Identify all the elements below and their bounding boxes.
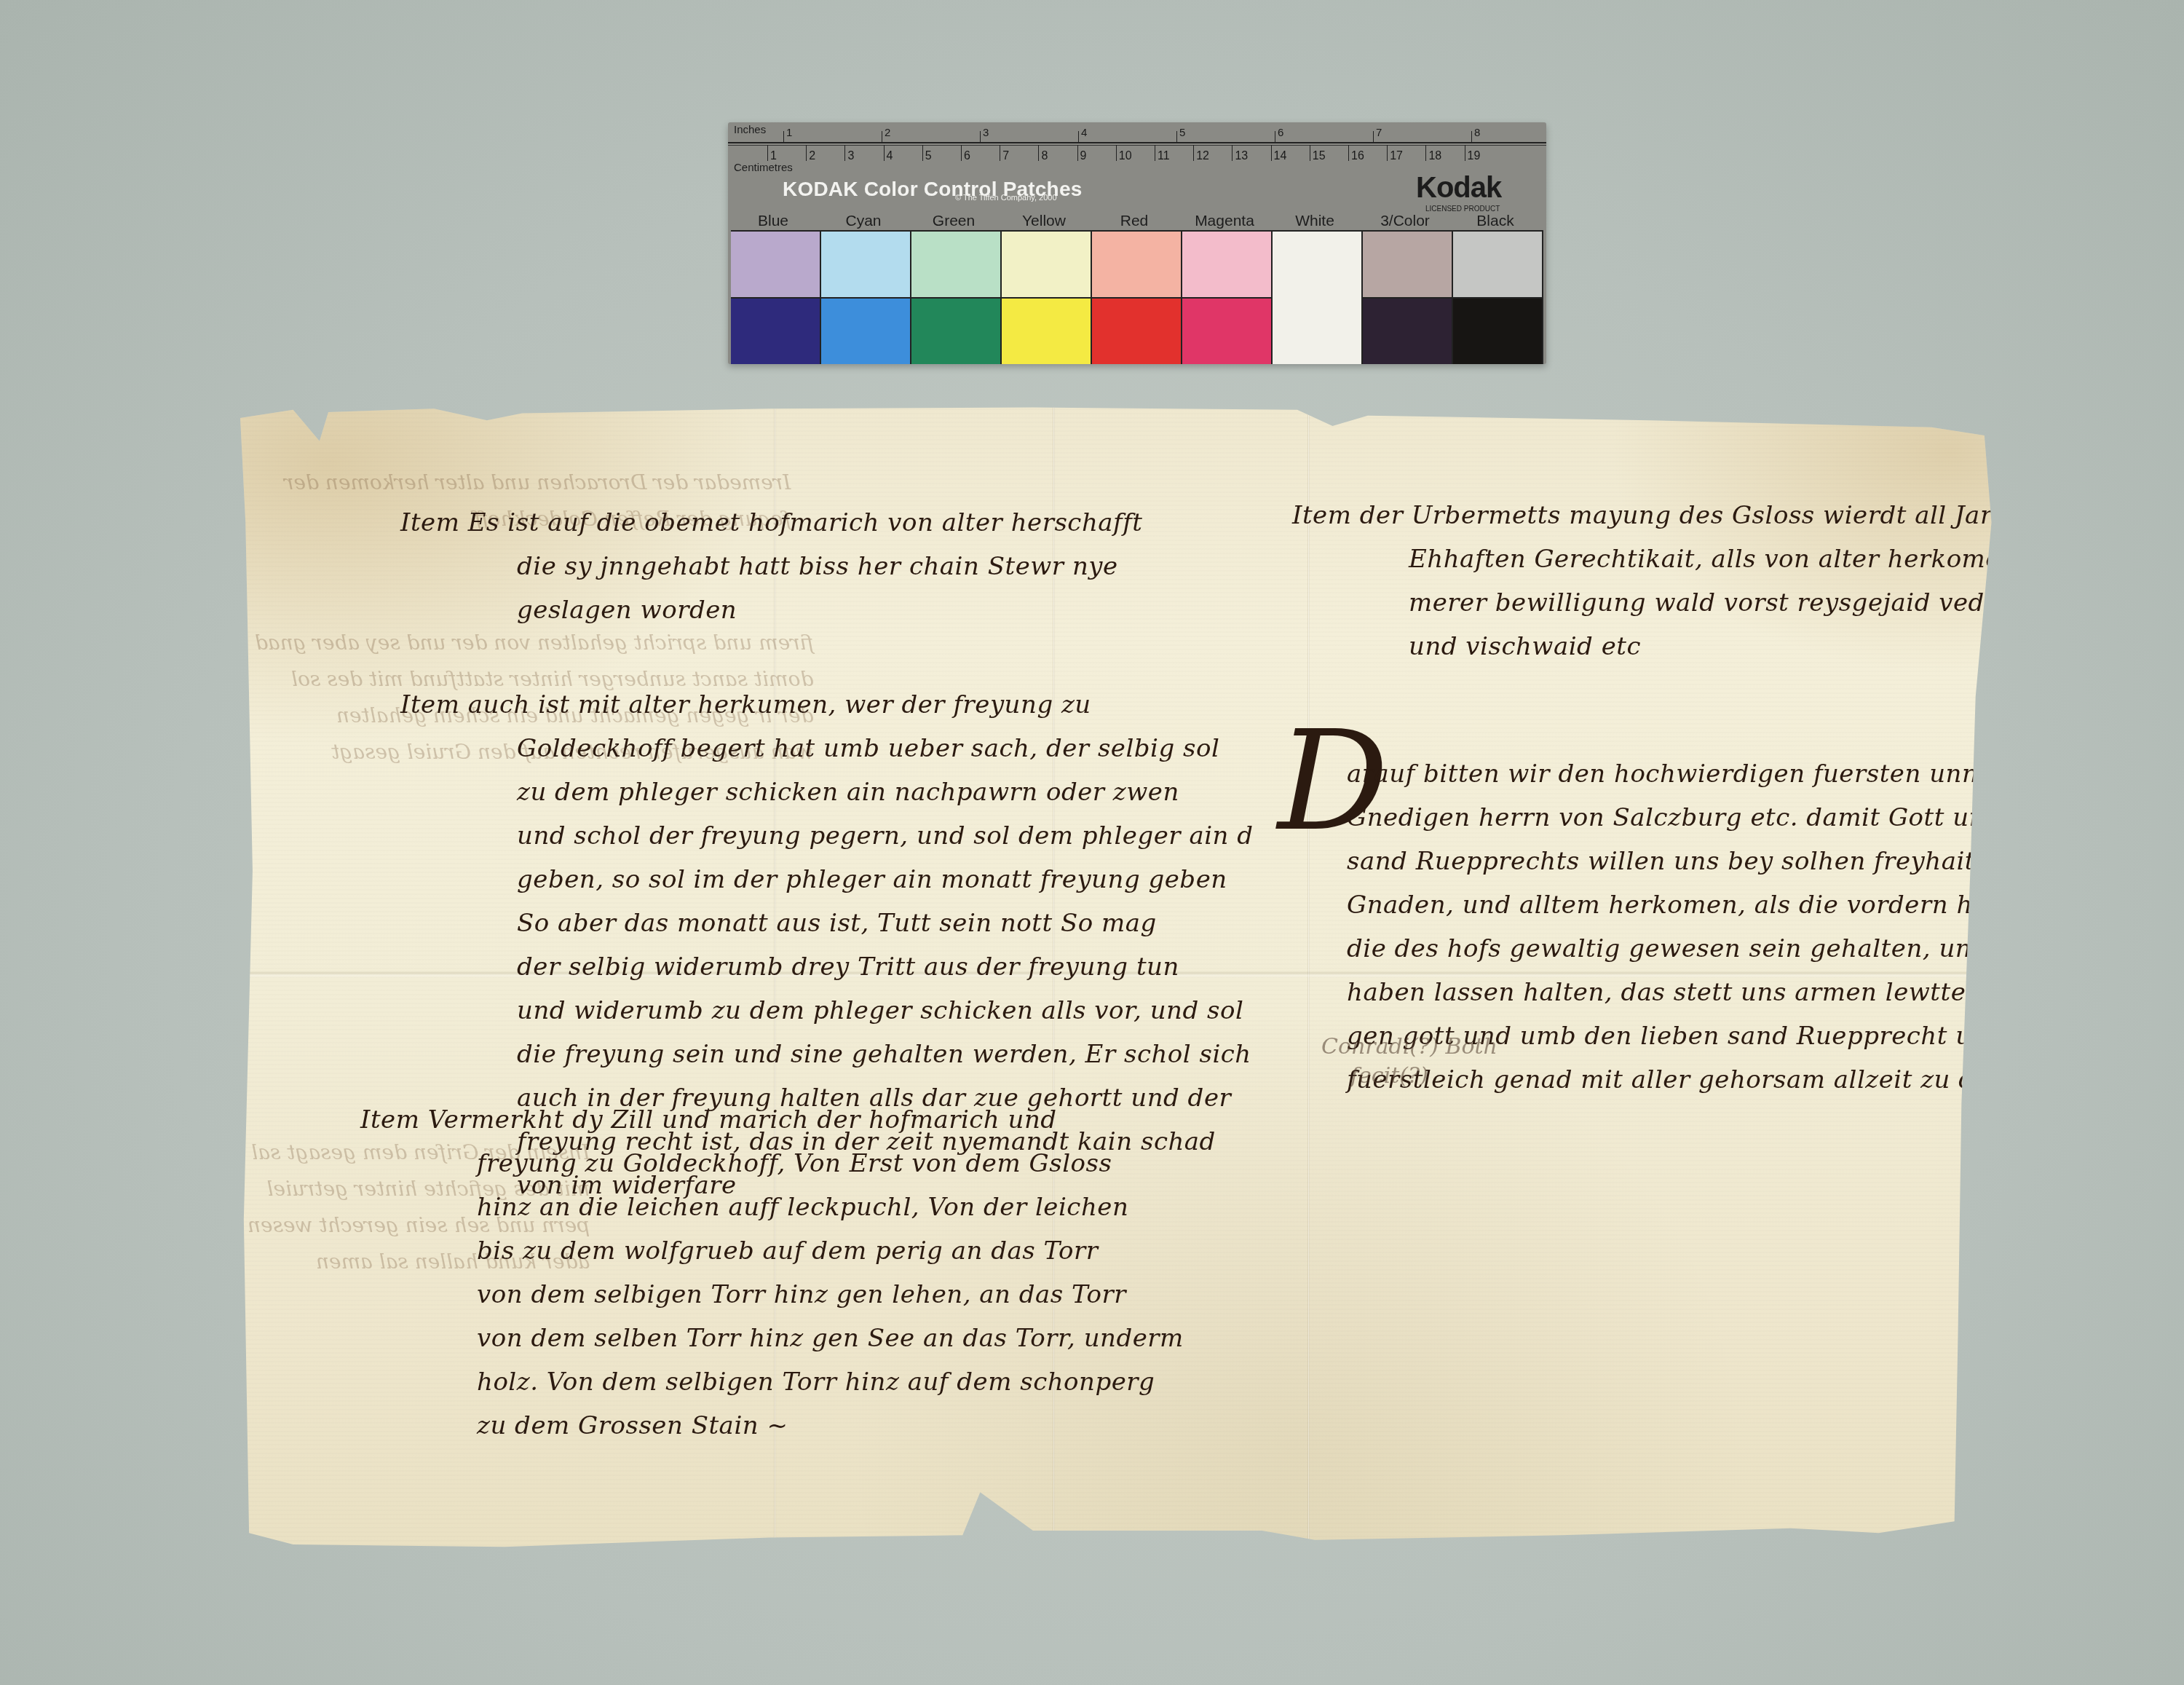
manuscript-line: von dem selben Torr hinz gen See an das … [360, 1317, 1184, 1360]
inch-tick-mark [980, 131, 981, 143]
inch-tick-mark [1275, 131, 1275, 143]
cm-tick-mark [1425, 145, 1426, 161]
cm-tick-mark [1193, 145, 1194, 161]
cm-tick-mark [1155, 145, 1155, 161]
manuscript-sheet: Iremedar der Drorachen und alter herkome… [240, 406, 2002, 1568]
patch-light-black [1453, 232, 1543, 299]
manuscript-line: von dem selbigen Torr hinz gen lehen, an… [360, 1273, 1184, 1317]
patch-light-red [1092, 232, 1182, 299]
cm-tick-label: 2 [809, 150, 815, 163]
centimetres-label: Centimetres [734, 162, 793, 174]
cm-tick-label: 11 [1158, 150, 1170, 163]
cm-tick-mark [1116, 145, 1117, 161]
cm-tick-mark [1077, 145, 1078, 161]
inch-tick-mark [1471, 131, 1472, 143]
cm-tick-label: 13 [1235, 150, 1248, 163]
cm-tick-mark [922, 145, 923, 161]
patch-dark-black [1453, 299, 1543, 364]
inches-label: Inches [734, 124, 766, 136]
paragraph-item-4: Item der Urbermetts mayung des Gsloss wi… [1292, 494, 2117, 668]
paragraph-item-1: Item Es ist auf die obemet hofmarich von… [400, 501, 1142, 632]
cm-tick-label: 5 [925, 150, 932, 163]
cm-tick-mark [1038, 145, 1039, 161]
cm-tick-label: 12 [1196, 150, 1209, 163]
signature-mark: Conradi(?) Both fecit(?) [1321, 1033, 1497, 1091]
patch-label-green: Green [909, 213, 999, 230]
patch-light-green [911, 232, 1002, 299]
inch-tick-mark [1373, 131, 1374, 143]
manuscript-line: hinz an die leichen auff leckpuchl, Von … [360, 1185, 1184, 1229]
patch-label-red: Red [1089, 213, 1179, 230]
patch-label-cyan: Cyan [818, 213, 909, 230]
cm-tick-mark [1000, 145, 1000, 161]
manuscript-line: holz. Von dem selbigen Torr hinz auf dem… [360, 1360, 1184, 1404]
patch-dark-red [1092, 299, 1182, 364]
cm-tick-mark [1465, 145, 1465, 161]
manuscript-line: Gnaden, und alltem herkomen, als die vor… [1347, 883, 2106, 927]
patch-label-black: Black [1450, 213, 1540, 230]
patch-label-white: White [1270, 213, 1360, 230]
inch-tick-mark [1078, 131, 1079, 143]
manuscript-line: zu dem phleger schicken ain nachpawrn od… [400, 770, 1254, 814]
patch-dark-green [911, 299, 1002, 364]
patch-label-3-color: 3/Color [1360, 213, 1450, 230]
inch-tick-label: 6 [1278, 127, 1283, 139]
manuscript-line: sand Ruepprechts willen uns bey solhen f… [1347, 840, 2106, 883]
patch-label-yellow: Yellow [999, 213, 1089, 230]
cm-tick-label: 16 [1351, 150, 1364, 163]
manuscript-line: haben lassen halten, das stett uns armen… [1347, 971, 2106, 1014]
cm-tick-mark [961, 145, 962, 161]
cm-tick-mark [884, 145, 885, 161]
kodak-color-target: Inches Centimetres 12345678 123456789101… [728, 122, 1546, 364]
cm-tick-label: 18 [1428, 150, 1441, 163]
patch-label-blue: Blue [728, 213, 818, 230]
color-patches [731, 230, 1543, 364]
manuscript-line: geslagen worden [400, 588, 1142, 632]
patch-dark-blue [731, 299, 821, 364]
ruler: Inches Centimetres 12345678 123456789101… [728, 122, 1546, 175]
patch-light-3-color [1363, 232, 1453, 299]
manuscript-line: freyung zu Goldeckhoff, Von Erst von dem… [360, 1142, 1184, 1185]
cm-tick-label: 8 [1041, 150, 1048, 163]
manuscript-line: Goldeckhoff begert hat umb ueber sach, d… [400, 727, 1254, 770]
manuscript-line: die sy jnngehabt hatt biss her chain Ste… [400, 545, 1142, 588]
cm-tick-mark [767, 145, 768, 161]
cm-tick-mark [1387, 145, 1388, 161]
manuscript-line: und widerumb zu dem phleger schicken all… [400, 989, 1254, 1033]
cm-tick-label: 1 [770, 150, 777, 163]
manuscript-line: geben, so sol im der phleger ain monatt … [400, 858, 1254, 901]
cm-tick-label: 17 [1390, 150, 1403, 163]
cm-tick-label: 9 [1080, 150, 1087, 163]
manuscript-line: Item Vermerkht dy Zill und marich der ho… [360, 1098, 1184, 1142]
patch-light-yellow [1002, 232, 1092, 299]
cm-tick-mark [1271, 145, 1272, 161]
inch-tick-mark [882, 131, 882, 143]
patch-white [1273, 232, 1363, 364]
inch-tick-label: 8 [1474, 127, 1480, 139]
inch-tick-label: 4 [1081, 127, 1087, 139]
manuscript-line: der selbig widerumb drey Tritt aus der f… [400, 945, 1254, 989]
patch-light-magenta [1182, 232, 1273, 299]
cm-tick-label: 19 [1468, 150, 1481, 163]
manuscript-line: die freyung sein und sine gehalten werde… [400, 1033, 1254, 1076]
patch-label-magenta: Magenta [1179, 213, 1270, 230]
cm-tick-label: 4 [887, 150, 893, 163]
ruler-divider [728, 142, 1546, 143]
manuscript-line: und vischwaid etc [1292, 625, 2117, 668]
cm-tick-mark [1310, 145, 1310, 161]
cm-tick-label: 15 [1313, 150, 1326, 163]
signature-line-2: fecit(?) [1321, 1062, 1497, 1091]
cm-tick-label: 10 [1119, 150, 1132, 163]
manuscript-line: Gnedigen herrn von Salczburg etc. damit … [1347, 796, 2106, 840]
inch-tick-label: 2 [885, 127, 890, 139]
patch-dark-magenta [1182, 299, 1273, 364]
manuscript-line: Item Es ist auf die obemet hofmarich von… [400, 501, 1142, 545]
manuscript-line: So aber das monatt aus ist, Tutt sein no… [400, 901, 1254, 945]
patch-dark-3-color [1363, 299, 1453, 364]
cm-tick-mark [1348, 145, 1349, 161]
cm-tick-label: 7 [1002, 150, 1009, 163]
inch-tick-label: 7 [1376, 127, 1382, 139]
manuscript-line: bis zu dem wolfgrueb auf dem perig an da… [360, 1229, 1184, 1273]
manuscript-line: Item der Urbermetts mayung des Gsloss wi… [1292, 494, 2117, 537]
ruler-divider-2 [728, 145, 1546, 146]
inch-tick-label: 5 [1179, 127, 1185, 139]
patch-dark-cyan [821, 299, 911, 364]
cm-tick-mark [1232, 145, 1233, 161]
cm-tick-mark [844, 145, 845, 161]
manuscript-line: und schol der freyung pegern, und sol de… [400, 814, 1254, 858]
manuscript-line: arauf bitten wir den hochwierdigen fuers… [1347, 752, 2106, 796]
patch-light-cyan [821, 232, 911, 299]
manuscript-line: die des hofs gewaltig gewesen sein gehal… [1347, 927, 2106, 971]
cm-tick-mark [806, 145, 807, 161]
inch-tick-label: 1 [786, 127, 792, 139]
kodak-logo: Kodak [1416, 172, 1501, 205]
cm-tick-label: 14 [1274, 150, 1287, 163]
signature-line-1: Conradi(?) Both [1321, 1033, 1497, 1062]
cm-tick-label: 6 [964, 150, 970, 163]
patch-labels: BlueCyanGreenYellowRedMagentaWhite3/Colo… [728, 213, 1546, 232]
cm-tick-label: 3 [847, 150, 854, 163]
inch-tick-label: 3 [983, 127, 989, 139]
patch-light-blue [731, 232, 821, 299]
manuscript-line: merer bewilligung wald vorst reysgejaid … [1292, 581, 2117, 625]
target-copyright: © The Tiffen Company, 2000 [955, 194, 1057, 202]
inch-tick-mark [783, 131, 784, 143]
manuscript-line: Item auch ist mit alter herkumen, wer de… [400, 683, 1254, 727]
manuscript-line: zu dem Grossen Stain ~ [360, 1404, 1184, 1448]
manuscript-line: Ehhaften Gerechtikait, alls von alter he… [1292, 537, 2117, 581]
patch-dark-yellow [1002, 299, 1092, 364]
paragraph-item-3: Item Vermerkht dy Zill und marich der ho… [360, 1098, 1184, 1448]
inch-tick-mark [1176, 131, 1177, 143]
